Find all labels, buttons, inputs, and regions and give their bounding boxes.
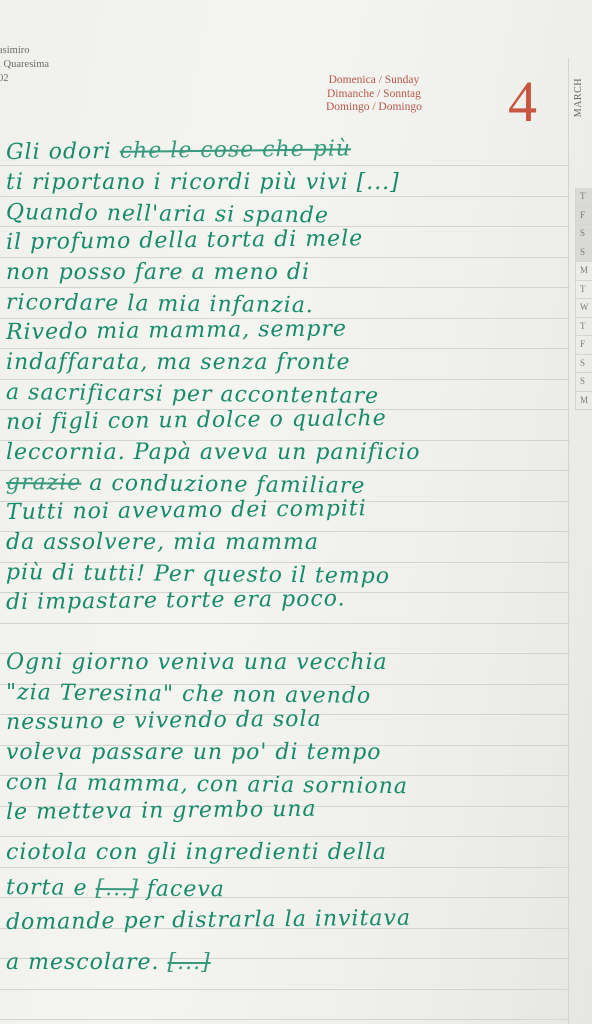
handwritten-word: indaffarata, ma senza fronte	[6, 350, 350, 375]
day-name-line: Domingo / Domingo	[326, 101, 422, 115]
handwritten-word: a conduzione familiare	[81, 471, 365, 499]
handwritten-line: ciotola con gli ingredienti della	[6, 840, 572, 865]
mini-calendar-day: F	[575, 207, 592, 226]
handwritten-line: da assolvere, mia mamma	[6, 530, 572, 555]
ruled-line	[0, 287, 570, 288]
handwritten-line: le metteva in grembo una	[6, 794, 572, 825]
handwritten-line: indaffarata, ma senza fronte	[6, 350, 572, 375]
mini-calendar-day: T	[575, 318, 592, 337]
crossed-out-word: [...]	[95, 876, 138, 901]
handwritten-word: nessuno e vivendo da sola	[6, 707, 322, 735]
mini-calendar-day: T	[575, 281, 592, 300]
handwritten-word: leccornia. Papà aveva un panificio	[6, 440, 421, 465]
handwritten-line: il profumo della torta di mele	[6, 224, 572, 255]
mini-calendar-day: M	[575, 262, 592, 281]
handwritten-line: a mescolare. [...]	[6, 950, 572, 975]
day-name-line: Dimanche / Sonntag	[326, 88, 422, 102]
handwritten-line: nessuno e vivendo da sola	[6, 704, 572, 735]
crossed-out-word: che le cose che più	[120, 136, 351, 163]
handwritten-word: Rivedo mia mamma, sempre	[6, 316, 347, 345]
handwritten-line: di impastare torte era poco.	[6, 584, 572, 615]
handwritten-line: voleva passare un po' di tempo	[6, 740, 572, 765]
header-left-line: i Quaresima	[0, 58, 49, 72]
mini-calendar-day: T	[575, 188, 592, 207]
handwritten-word: di impastare torte era poco.	[6, 586, 346, 615]
handwritten-word: con la mamma, con aria sorniona	[6, 770, 408, 799]
handwritten-line: Gli odori che le cose che più	[6, 134, 572, 165]
ruled-line	[0, 348, 570, 349]
handwritten-line: domande per distrarla la invitava	[6, 904, 572, 935]
header-left-line: asimiro	[0, 44, 49, 58]
ruled-line	[0, 836, 570, 837]
day-name-line: Domenica / Sunday	[326, 74, 422, 88]
handwritten-line: torta e [...] faceva	[6, 875, 572, 906]
ruled-line	[0, 257, 570, 258]
handwritten-line: Tutti noi avevamo dei compiti	[6, 494, 572, 525]
handwritten-line: non posso fare a meno di	[6, 260, 572, 285]
mini-calendar-day: F	[575, 336, 592, 355]
diary-page: asimiro i Quaresima 02 Domenica / Sunday…	[0, 0, 592, 1024]
day-names: Domenica / Sunday Dimanche / Sonntag Dom…	[326, 74, 422, 115]
ruled-line	[0, 165, 570, 166]
ruled-line	[0, 196, 570, 197]
handwritten-word: Tutti noi avevamo dei compiti	[6, 496, 367, 525]
handwritten-word: faceva	[139, 876, 225, 902]
handwritten-word: ti riportano i ricordi più vivi [...]	[6, 170, 400, 195]
ruled-line	[0, 623, 570, 624]
handwritten-word: Quando nell'aria si spande	[6, 200, 329, 228]
handwritten-word: Ogni giorno veniva una vecchia	[6, 650, 388, 675]
handwritten-word: a sacrificarsi per accontentare	[6, 380, 379, 409]
handwritten-word: "zia Teresina" che non avendo	[6, 680, 371, 709]
handwritten-word: a mescolare.	[6, 950, 168, 975]
mini-calendar-day: W	[575, 299, 592, 318]
handwritten-word: le metteva in grembo una	[6, 797, 317, 825]
handwritten-word: noi figli con un dolce o qualche	[6, 406, 387, 435]
handwritten-word: ciotola con gli ingredienti della	[6, 840, 387, 865]
crossed-out-word: grazie	[6, 470, 82, 496]
ruled-line	[0, 867, 570, 868]
handwritten-word: più di tutti! Per questo il tempo	[6, 560, 390, 589]
handwritten-word: voleva passare un po' di tempo	[6, 740, 382, 765]
handwritten-word: domande per distrarla la invitava	[6, 906, 411, 935]
month-label: MARCH	[573, 78, 584, 117]
handwritten-line: leccornia. Papà aveva un panificio	[6, 440, 572, 465]
handwritten-line: Ogni giorno veniva una vecchia	[6, 650, 572, 675]
handwritten-line: noi figli con un dolce o qualche	[6, 404, 572, 435]
mini-calendar-day: S	[575, 244, 592, 263]
ruled-line	[0, 989, 570, 990]
handwritten-word: non posso fare a meno di	[6, 260, 310, 285]
handwritten-word: Gli odori	[6, 139, 120, 165]
mini-calendar-day: S	[575, 225, 592, 244]
mini-calendar-day: S	[575, 373, 592, 392]
header-left-text: asimiro i Quaresima 02	[0, 44, 49, 86]
mini-calendar: TFSSMTWTFSSM	[575, 188, 592, 410]
ruled-line	[0, 1019, 570, 1020]
handwritten-word: il profumo della torta di mele	[6, 226, 363, 255]
mini-calendar-day: S	[575, 355, 592, 374]
crossed-out-word: [...]	[168, 950, 211, 975]
header-left-line: 02	[0, 72, 49, 86]
handwritten-line: Rivedo mia mamma, sempre	[6, 314, 572, 345]
handwritten-word: ricordare la mia infanzia.	[6, 290, 314, 318]
handwritten-line: ti riportano i ricordi più vivi [...]	[6, 170, 572, 195]
handwritten-word: torta e	[6, 875, 96, 901]
day-number: 4	[508, 72, 537, 132]
handwritten-word: da assolvere, mia mamma	[6, 530, 319, 555]
mini-calendar-day: M	[575, 392, 592, 411]
